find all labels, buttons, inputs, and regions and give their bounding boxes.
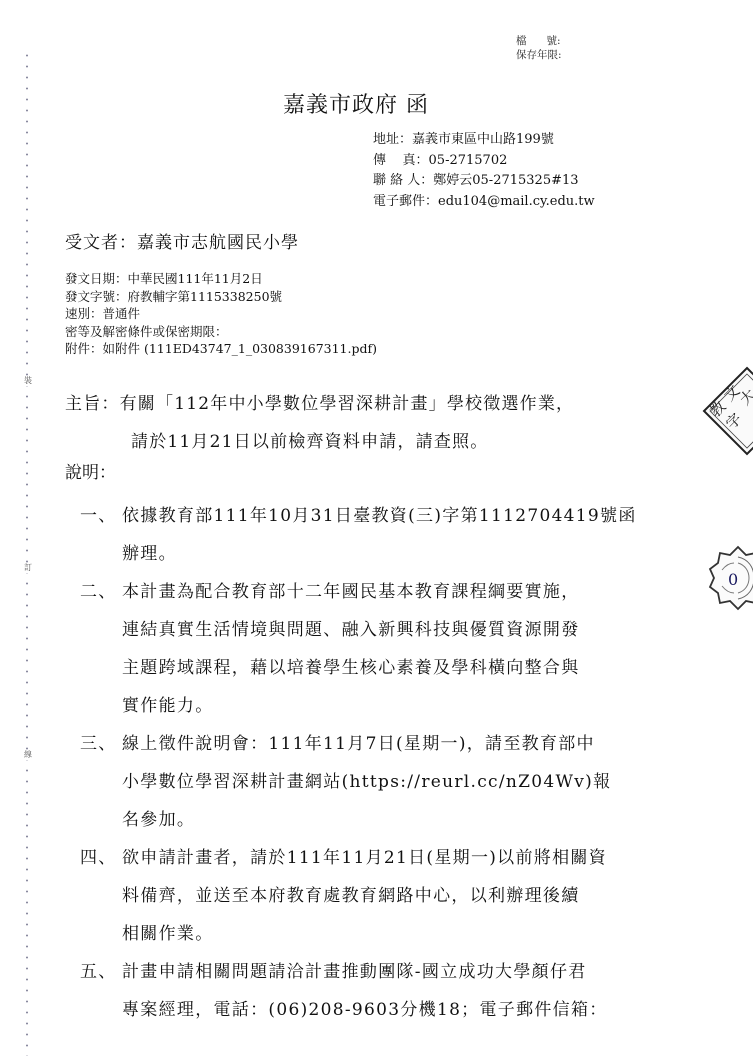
subject: 主旨：有關「112年中小學數位學習深耕計畫」學校徵選作業， 請於11月21日以前… [65, 385, 574, 461]
official-seal-diamond-icon: 文 教 字 大 [702, 366, 753, 456]
confidentiality: 密等及解密條件或保密期限： [65, 323, 377, 341]
subject-line-1: 主旨：有關「112年中小學數位學習深耕計畫」學校徵選作業， [65, 385, 574, 423]
item-line: 依據教育部111年10月31日臺教資(三)字第1112704419號函 [122, 497, 637, 535]
recipient: 受文者：嘉義市志航國民小學 [65, 228, 299, 253]
subject-line-2: 請於11月21日以前檢齊資料申請，請查照。 [65, 423, 574, 461]
explanation-items: 一、 依據教育部111年10月31日臺教資(三)字第1112704419號函 辦… [80, 497, 637, 1029]
explanation-item-1: 一、 依據教育部111年10月31日臺教資(三)字第1112704419號函 辦… [80, 497, 637, 573]
email: 電子郵件：edu104@mail.cy.edu.tw [373, 192, 595, 213]
item-line: 主題跨域課程，藉以培養學生核心素養及學科橫向整合與 [122, 649, 637, 687]
contact-block: 地址：嘉義市東區中山路199號 傳 真：05-2715702 聯 絡 人：鄭婷云… [373, 130, 595, 212]
item-line: 實作能力。 [122, 687, 637, 725]
item-line: 計畫申請相關問題請洽計畫推動團隊-國立成功大學顏仔君 [122, 953, 637, 991]
attachment[interactable]: 附件：如附件 (111ED43747_1_030839167311.pdf) [65, 340, 377, 358]
retention-period-label: 保存年限: [516, 48, 562, 62]
document-number: 發文字號：府教輔字第1115338250號 [65, 288, 377, 306]
item-line: 欲申請計畫者，請於111年11月21日(星期一)以前將相關資 [122, 839, 637, 877]
address: 地址：嘉義市東區中山路199號 [373, 130, 595, 151]
explanation-item-2: 二、 本計畫為配合教育部十二年國民基本教育課程綱要實施， 連結真實生活情境與問題… [80, 573, 637, 725]
explanation-item-3: 三、 線上徵件說明會：111年11月7日(星期一)，請至教育部中 小學數位學習深… [80, 725, 637, 839]
binding-mark-zhuang: 裝 [22, 376, 34, 386]
item-line: 連結真實生活情境與問題、融入新興科技與優質資源開發 [122, 611, 637, 649]
binding-mark-xian: 線 [22, 750, 34, 760]
item-line-with-link[interactable]: 小學數位學習深耕計畫網站(https://reurl.cc/nZ04Wv)報 [122, 763, 637, 801]
archive-info: 檔 號: 保存年限: [516, 34, 562, 62]
explanation-item-4: 四、 欲申請計畫者，請於111年11月21日(星期一)以前將相關資 料備齊，並送… [80, 839, 637, 953]
item-number: 三、 [80, 725, 117, 763]
document-title: 嘉義市政府 函 [283, 88, 429, 119]
binding-mark-ding: 訂 [22, 563, 34, 573]
binding-dotted-line [26, 50, 28, 1056]
item-number: 二、 [80, 573, 117, 611]
item-line: 相關作業。 [122, 915, 637, 953]
document-meta: 發文日期：中華民國111年11月2日 發文字號：府教輔字第1115338250號… [65, 270, 377, 358]
item-line: 本計畫為配合教育部十二年國民基本教育課程綱要實施， [122, 573, 637, 611]
item-line: 線上徵件說明會：111年11月7日(星期一)，請至教育部中 [122, 725, 637, 763]
fax: 傳 真：05-2715702 [373, 151, 595, 172]
explanation-label: 說明： [65, 458, 116, 483]
file-number-label: 檔 號: [516, 34, 562, 48]
issue-date: 發文日期：中華民國111年11月2日 [65, 270, 377, 288]
item-line: 名參加。 [122, 801, 637, 839]
explanation-item-5: 五、 計畫申請相關問題請洽計畫推動團隊-國立成功大學顏仔君 專案經理，電話：(0… [80, 953, 637, 1029]
item-line: 專案經理，電話：(06)208-9603分機18；電子郵件信箱： [122, 991, 637, 1029]
contact-person: 聯 絡 人：鄭婷云05-2715325#13 [373, 171, 595, 192]
item-line: 料備齊，並送至本府教育處教育網路中心，以利辦理後續 [122, 877, 637, 915]
item-number: 五、 [80, 953, 117, 991]
gear-seal-icon: 0 [708, 545, 753, 611]
item-number: 四、 [80, 839, 117, 877]
item-line: 辦理。 [122, 535, 637, 573]
urgency: 速別：普通件 [65, 305, 377, 323]
svg-text:0: 0 [728, 570, 738, 589]
item-number: 一、 [80, 497, 117, 535]
